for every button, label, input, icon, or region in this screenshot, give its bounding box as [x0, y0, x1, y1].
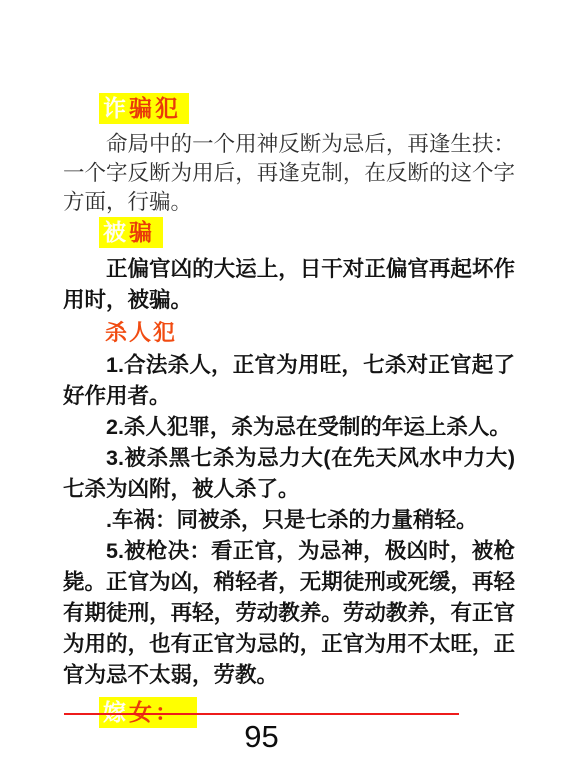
page-content: 诈骗犯 命局中的一个用神反断为忌后，再逢生扶：一个字反断为用后，再逢克制，在反断… [63, 93, 515, 734]
heading-line-fraudster: 诈骗犯 [63, 93, 515, 127]
highlighted-heading-being-deceived: 被骗 [99, 217, 163, 248]
footer-divider-rule [64, 713, 459, 715]
highlighted-heading-fraudster: 诈骗犯 [99, 93, 189, 124]
paragraph-being-deceived: 正偏官凶的大运上，日干对正偏官再起坏作用时，被骗。 [63, 254, 515, 316]
list-item-3: 3.被杀黑七杀为忌力大(在先天风水中力大)七杀为凶附，被人杀了。 [63, 443, 515, 505]
list-item-4: .车祸：同被杀，只是七杀的力量稍轻。 [63, 505, 515, 536]
page-number: 95 [64, 720, 459, 754]
heading-fraudster-rest: 骗犯 [129, 96, 181, 121]
heading-line-being-deceived: 被骗 [63, 217, 515, 251]
paragraph-fraud-definition: 命局中的一个用神反断为忌后，再逢生扶：一个字反断为用后，再逢克制，在反断的这个字… [63, 130, 515, 217]
list-item-2: 2.杀人犯罪，杀为忌在受制的年运上杀人。 [63, 412, 515, 443]
list-item-5: 5.被枪决：看正官，为忌神，极凶时，被枪毙。正官为凶，稍轻者，无期徒刑或死缓，再… [63, 536, 515, 691]
heading-deceived-first-char: 被 [103, 220, 129, 245]
document-page: 诈骗犯 命局中的一个用神反断为忌后，再逢生扶：一个字反断为用后，再逢克制，在反断… [0, 0, 576, 780]
list-item-1: 1.合法杀人，正官为用旺，七杀对正官起了好作用者。 [63, 350, 515, 412]
heading-fraudster-first-char: 诈 [103, 96, 129, 121]
heading-murderer: 杀人犯 [105, 320, 515, 346]
heading-deceived-rest: 骗 [129, 220, 155, 245]
